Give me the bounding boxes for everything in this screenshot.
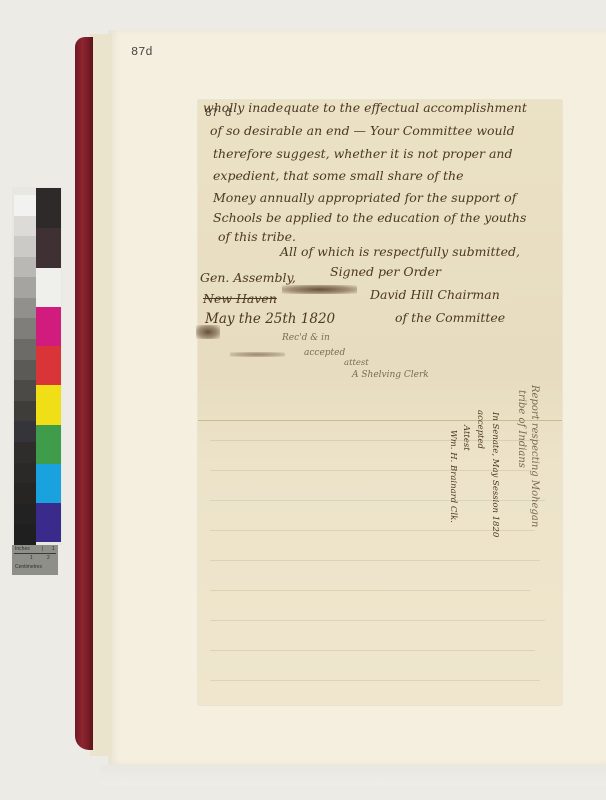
body-line-4: expedient, that some small share of the [213, 168, 464, 183]
bleed-through-line [210, 470, 530, 471]
grayscale-patch [14, 339, 36, 360]
body-line-5: Money annually appropriated for the supp… [213, 190, 516, 205]
book-spine [75, 37, 93, 750]
dark-brown-swatch [36, 228, 61, 268]
grayscale-patch [14, 257, 36, 278]
grayscale-patch [14, 401, 36, 422]
ruler-cm-mark: 2 [47, 555, 50, 561]
grayscale-patch [14, 442, 36, 463]
body-line-1: wholly inadequate to the effectual accom… [203, 100, 527, 115]
bleed-through-line [210, 560, 540, 561]
accepted-note: accepted [304, 348, 345, 358]
docket-title-2: tribe of Indians [516, 390, 527, 468]
grayscale-patch [14, 524, 36, 545]
grayscale-patch [14, 504, 36, 525]
grayscale-patch [14, 380, 36, 401]
white-swatch [36, 268, 61, 307]
assembly-line: Gen. Assembly, [200, 270, 296, 285]
ink-smudge [230, 352, 285, 357]
ruler-inch-mark: 1 [52, 546, 55, 552]
yellow-swatch [36, 385, 61, 425]
grayscale-patch [14, 360, 36, 381]
grayscale-patch [14, 195, 36, 216]
page-edges [90, 34, 112, 756]
green-swatch [36, 425, 61, 464]
red-swatch [36, 346, 61, 385]
docket-senate-line: In Senate, May Session 1820 [490, 412, 500, 537]
grayscale-patch [14, 298, 36, 319]
ink-smudge [196, 325, 220, 339]
grayscale-patch [14, 216, 36, 237]
grayscale-patch [14, 236, 36, 257]
ruler-centimetres-label: Centimetres [15, 564, 42, 570]
magenta-swatch [36, 307, 61, 346]
color-swatch-strip [36, 188, 61, 542]
ink-smudge [282, 285, 357, 294]
bleed-through-line [210, 650, 535, 651]
docket-title-1: Report respecting Mohegan [529, 385, 540, 527]
grayscale-patch [14, 421, 36, 442]
received-note: Rec'd & in [282, 333, 330, 343]
scale-ruler: Inches | 1 1 2 Centimetres [12, 545, 58, 575]
bleed-through-line [210, 680, 540, 681]
bleed-through-line [210, 590, 530, 591]
docket-accepted: accepted [475, 410, 485, 449]
location-line: New Haven [203, 291, 277, 306]
attest-note: attest [344, 358, 369, 368]
bleed-through-line [210, 620, 545, 621]
fold-line [198, 420, 562, 421]
ruler-inch-mark: | [42, 546, 43, 552]
grayscale-patch [14, 463, 36, 484]
signature: David Hill Chairman [370, 287, 500, 302]
grayscale-strip [14, 195, 36, 545]
grayscale-patch [14, 483, 36, 504]
docket-clerk: Wm. H. Brainard Clk. [448, 430, 458, 523]
clerk-note: A Shelving Clerk [352, 370, 429, 380]
cyan-swatch [36, 464, 61, 503]
body-line-6: Schools be applied to the education of t… [213, 210, 526, 225]
body-line-3: therefore suggest, whether it is not pro… [213, 146, 512, 161]
ruler-cm-mark: 1 [30, 555, 33, 561]
closing-line: All of which is respectfully submitted, [280, 244, 520, 259]
date-line: May the 25th 1820 [205, 311, 335, 327]
ruler-line [14, 553, 56, 554]
body-line-7: of this tribe. [218, 229, 296, 244]
bleed-through-line [210, 530, 535, 531]
signature-title: of the Committee [395, 310, 505, 325]
ruler-inches-label: Inches [15, 546, 30, 552]
signed-per-order: Signed per Order [330, 264, 441, 279]
body-line-2: of so desirable an end — Your Committee … [210, 123, 515, 138]
purple-swatch [36, 503, 61, 542]
page-number-label: 87d [131, 45, 153, 59]
black-swatch [36, 188, 61, 228]
grayscale-patch [14, 277, 36, 298]
docket-attest: Attest [461, 425, 471, 451]
table-surface [100, 765, 606, 785]
grayscale-patch [14, 318, 36, 339]
